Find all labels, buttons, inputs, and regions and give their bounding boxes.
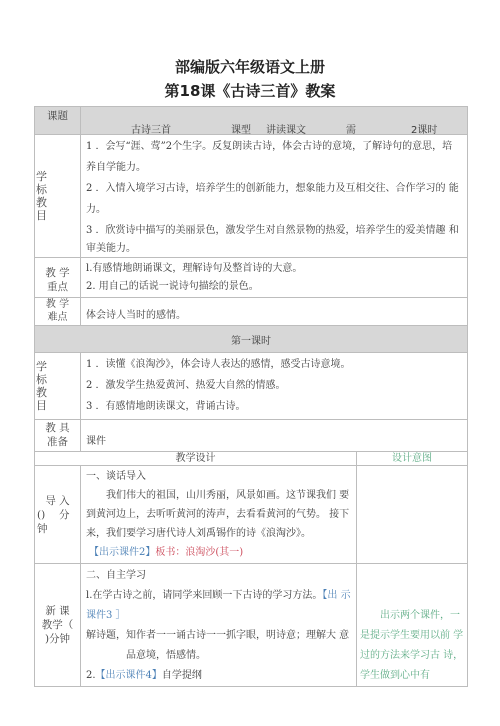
intro-label: 导 入 () 分 钟: [35, 466, 81, 564]
tools-row: 教 具 准备 课件: [35, 420, 468, 452]
key-points-row: 教 学 重点 l.有感情地朗诵课文，理解诗句及整首诗的大意。 2. 用自己的话说…: [35, 258, 468, 298]
goal-line: 2 ．入情入境学习古诗，培养学生的创新能力，想象能力及互相交往、合作学习的 能: [81, 178, 467, 199]
tools-label: 教 具 准备: [35, 420, 81, 452]
goal-line: 力。: [81, 199, 467, 220]
topic-label: 课题: [35, 107, 81, 135]
session-goals-row: 学 标 教 目 1 ．读懂《浪淘沙》，体会诗人表达的感情，感受古诗意境。 2 ．…: [35, 353, 468, 420]
lesson-title: 第18课《古诗三首》教案: [0, 80, 500, 101]
intent-line: 出示两个课件，一: [357, 606, 467, 626]
new-lesson-intent: 出示两个课件，一 是提示学生要用以前 学 过的方法来学习古 诗， 学生做到心中有: [357, 564, 468, 687]
courseware-link[interactable]: 课件3 ］: [81, 606, 356, 626]
new-lesson-content: 二、自主学习 l.在学古诗之前，请同学来回顾一下古诗的学习方法。【出 示 课件3…: [81, 564, 357, 687]
session-goal-line: 2 ．激发学生热爱黄河、热爱大自然的情感。: [81, 375, 467, 396]
session-title: 第一课时: [35, 326, 468, 353]
intent-header: 设计意图: [357, 452, 468, 466]
intro-content: 一、谈话导入 我们伟大的祖国，山川秀丽，风景如画。这节课我们 要 到黄河边上，去…: [81, 466, 357, 564]
lesson-plan-table: 课题 古诗三首 课型 讲读课文 需 2课时 学 标 教 目 1 ．会写“涯、莺”…: [34, 106, 468, 687]
design-header: 教学设计: [35, 452, 357, 466]
courseware-link[interactable]: 【出 示: [322, 590, 350, 601]
intro-line: 我们伟大的祖国，山川秀丽，风景如画。这节课我们 要: [81, 486, 356, 505]
new-lesson-label: 新 课 教学（ )分钟: [35, 564, 81, 687]
session-header-row: 第一课时: [35, 326, 468, 353]
new-lesson-line: 自学提纲: [162, 670, 202, 681]
board-note: 板书：浪淘沙(其一): [155, 547, 243, 558]
tools-value: 课件: [81, 433, 467, 451]
goals-content: 1 ．会写“涯、莺”2个生字。反复朗读古诗，体会古诗的意境，了解诗句的意思，培 …: [81, 135, 468, 258]
topic-value: 古诗三首: [131, 121, 171, 136]
key-point-line: l.有感情地朗诵课文，理解诗句及整首诗的大意。: [81, 260, 467, 278]
new-lesson-num: 2.: [86, 670, 96, 681]
new-lesson-line: 解诗题，知作者一一诵古诗一一抓字眼，明诗意；理解大 意: [81, 626, 356, 646]
need-label: 需: [346, 121, 356, 136]
difficulty-text: 体会诗人当时的感情。: [81, 307, 467, 325]
goals-row: 学 标 教 目 1 ．会写“涯、莺”2个生字。反复朗读古诗，体会古诗的意境，了解…: [35, 135, 468, 258]
goal-line: 3 ．欣赏诗中描写的美丽景色，激发学生对自然景物的热爱，培养学生的爱美情趣 和: [81, 220, 467, 241]
type-value: 讲读课文: [266, 121, 306, 136]
hours-value: 2课时: [411, 121, 437, 136]
intro-line: 来，我们要学习唐代诗人刘禹锡作的诗《浪淘沙》。: [81, 524, 356, 543]
key-points-label: 教 学 重点: [35, 258, 81, 298]
type-label: 课型: [231, 121, 251, 136]
new-lesson-line: l.在学古诗之前，请同学来回顾一下古诗的学习方法。: [86, 590, 322, 601]
session-goal-line: 3 ．有感情地朗读课文，背诵古诗。: [81, 396, 467, 417]
goal-line: 1 ．会写“涯、莺”2个生字。反复朗读古诗，体会古诗的意境，了解诗句的意思，培: [81, 136, 467, 157]
session-goal-line: 1 ．读懂《浪淘沙》，体会诗人表达的感情，感受古诗意境。: [81, 354, 467, 375]
topic-row: 课题 古诗三首 课型 讲读课文 需 2课时: [35, 107, 468, 135]
courseware-link[interactable]: 【出示课件2】: [89, 547, 155, 558]
goal-line: 审美能力。: [81, 241, 467, 257]
new-lesson-line: 品意境，悟感情。: [81, 646, 356, 666]
design-header-row: 教学设计 设计意图: [35, 452, 468, 466]
goals-label: 学 标 教 目: [35, 135, 81, 258]
goal-line: 养自学能力。: [81, 157, 467, 178]
intent-line: 学生做到心中有: [357, 666, 467, 686]
intro-intent: [357, 466, 468, 564]
intro-line: 到黄河边上，去听听黄河的涛声，去看看黄河的气势。 接下: [81, 505, 356, 524]
intro-heading: 一、谈话导入: [81, 467, 356, 486]
difficulties-label: 教 学 难点: [35, 298, 81, 326]
intent-line: 过的方法来学习古 诗，: [357, 646, 467, 666]
key-point-line: 2. 用自己的话说一说诗句描绘的景色。: [81, 278, 467, 296]
new-lesson-heading: 二、自主学习: [81, 566, 356, 586]
intro-row: 导 入 () 分 钟 一、谈话导入 我们伟大的祖国，山川秀丽，风景如画。这节课我…: [35, 466, 468, 564]
new-lesson-row: 新 课 教学（ )分钟 二、自主学习 l.在学古诗之前，请同学来回顾一下古诗的学…: [35, 564, 468, 687]
session-goals-label: 学 标 教 目: [35, 353, 81, 420]
difficulties-row: 教 学 难点 体会诗人当时的感情。: [35, 298, 468, 326]
document-title: 部编版六年级语文上册: [0, 56, 500, 77]
intent-line: 是提示学生要用以前 学: [357, 626, 467, 646]
courseware-link[interactable]: 【出示课件4】: [96, 670, 162, 681]
